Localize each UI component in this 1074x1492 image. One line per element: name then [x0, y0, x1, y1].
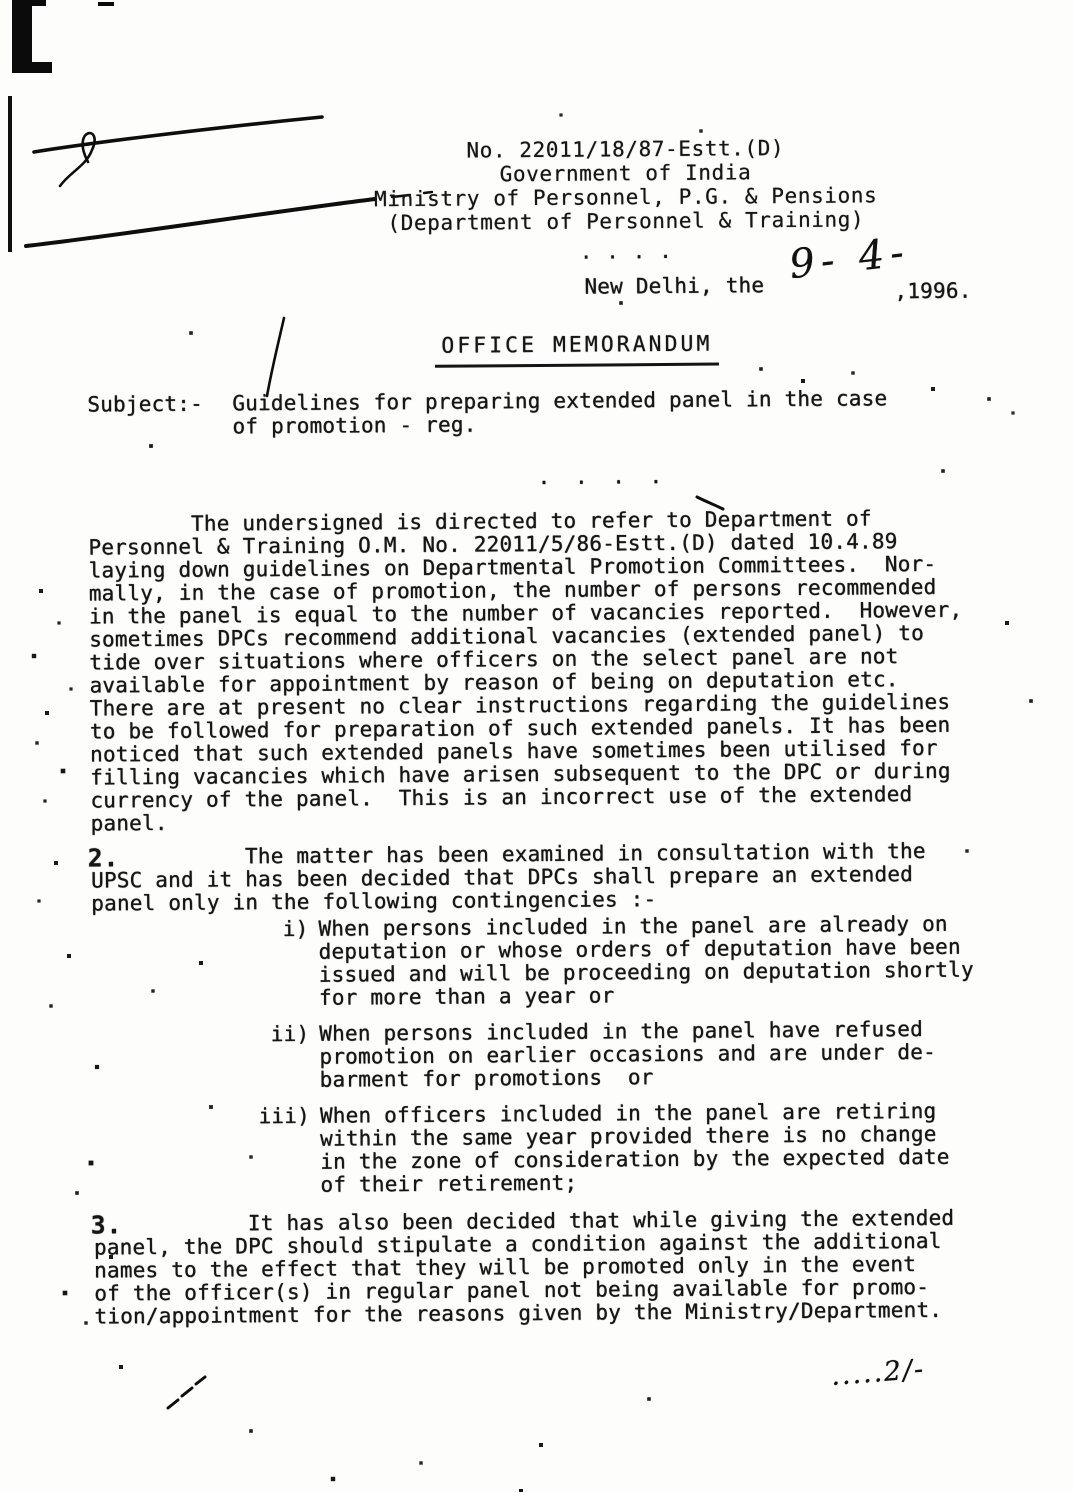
- place-and-date-prefix: New Delhi, the: [584, 274, 764, 298]
- list-item-marker: iii): [258, 1105, 321, 1197]
- list-item: ii) When persons included in the panel h…: [257, 1017, 1018, 1092]
- list-item: i) When persons included in the panel ar…: [256, 912, 1017, 1010]
- scan-noise-specks: [0, 0, 2, 2]
- subject-label: Subject:-: [87, 392, 232, 439]
- memo-title-wrap: OFFICE MEMORANDUM: [0, 328, 1074, 371]
- scanned-office-memorandum-page: No. 22011/18/87-Estt.(D) Government of I…: [0, 0, 1074, 1492]
- list-item-text: When persons included in the panel are a…: [318, 913, 974, 1010]
- paragraph-1: The undersigned is directed to refer to …: [88, 506, 1031, 835]
- paragraph-3-number: 3.: [91, 1210, 123, 1239]
- paragraph-2: 2. The matter has been examined in consu…: [91, 839, 1032, 915]
- list-item: iii) When officers included in the panel…: [258, 1099, 1019, 1197]
- memo-content: No. 22011/18/87-Estt.(D) Government of I…: [0, 0, 1074, 1492]
- list-item-marker: i): [256, 918, 319, 1010]
- paragraph-3: 3. It has also been decided that while g…: [94, 1206, 1035, 1328]
- list-item-marker: ii): [257, 1023, 320, 1092]
- subject-block: Subject:- Guidelines for preparing exten…: [87, 386, 1017, 439]
- continuation-page-ref: .....2/-: [830, 1354, 926, 1392]
- list-item-text: When persons included in the panel have …: [319, 1018, 936, 1092]
- paragraph-3-text: It has also been decided that while givi…: [94, 1206, 1035, 1328]
- memo-title: OFFICE MEMORANDUM: [435, 332, 718, 368]
- paragraph-2-number: 2.: [88, 843, 120, 872]
- date-year: ,1996.: [894, 280, 971, 304]
- letterhead: No. 22011/18/87-Estt.(D) Government of I…: [175, 134, 1074, 267]
- separator-dots: . . . .: [176, 236, 1074, 267]
- contingency-list: i) When persons included in the panel ar…: [256, 912, 1018, 1210]
- subject-separator-dots: . . . .: [0, 461, 1074, 494]
- subject-text: Guidelines for preparing extended panel …: [232, 387, 887, 438]
- paragraph-2-text: The matter has been examined in consulta…: [91, 839, 1032, 915]
- list-item-text: When officers included in the panel are …: [320, 1100, 950, 1197]
